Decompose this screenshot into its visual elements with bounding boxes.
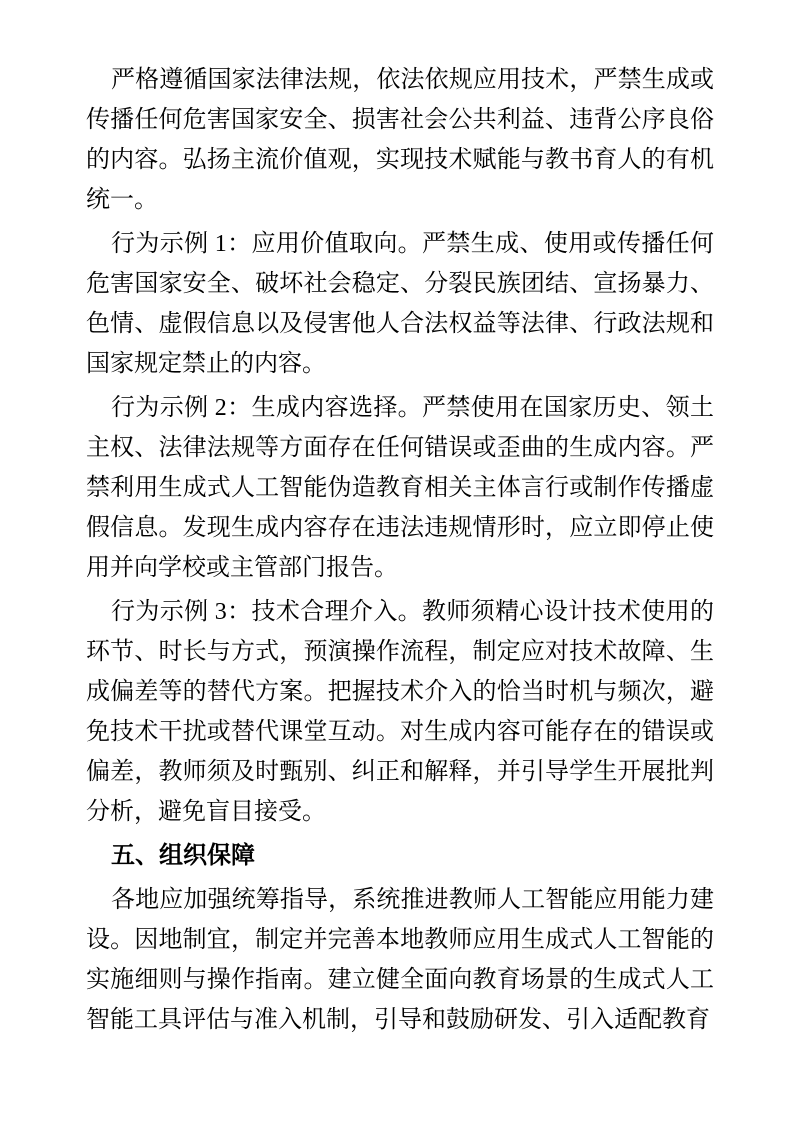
paragraph: 严格遵循国家法律法规，依法依规应用技术，严禁生成或传播任何危害国家安全、损害社会… [86, 60, 714, 220]
document-content: 严格遵循国家法律法规，依法依规应用技术，严禁生成或传播任何危害国家安全、损害社会… [86, 60, 714, 1040]
paragraph: 行为示例 2：生成内容选择。严禁使用在国家历史、领土主权、法律法规等方面存在任何… [86, 388, 714, 588]
paragraph: 各地应加强统筹指导，系统推进教师人工智能应用能力建设。因地制宜，制定并完善本地教… [86, 880, 714, 1040]
paragraph: 行为示例 1：应用价值取向。严禁生成、使用或传播任何危害国家安全、破坏社会稳定、… [86, 224, 714, 384]
paragraph: 行为示例 3：技术合理介入。教师须精心设计技术使用的环节、时长与方式，预演操作流… [86, 592, 714, 832]
document-page: 严格遵循国家法律法规，依法依规应用技术，严禁生成或传播任何危害国家安全、损害社会… [0, 0, 803, 1134]
section-heading: 五、组织保障 [86, 836, 714, 876]
